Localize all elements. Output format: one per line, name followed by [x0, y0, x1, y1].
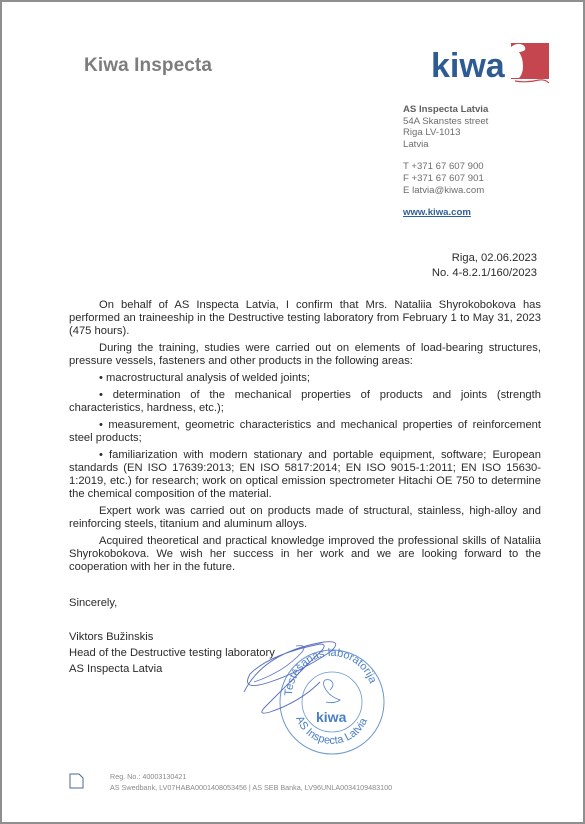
closing: Sincerely,: [69, 597, 117, 609]
paragraph: Acquired theoretical and practical knowl…: [69, 535, 541, 575]
sender-city: Riga LV-1013: [403, 127, 488, 139]
registration-number: Reg. No.: 40003130421: [110, 772, 392, 783]
sender-org: AS Inspecta Latvia: [403, 104, 488, 116]
paragraph: Expert work was carried out on products …: [69, 505, 541, 531]
bullet-item: • familiarization with modern stationary…: [69, 449, 541, 502]
sender-phone: T +371 67 607 900: [403, 161, 488, 173]
sender-street: 54A Skanstes street: [403, 116, 488, 128]
paragraph: During the training, studies were carrie…: [69, 342, 541, 368]
bullet-item: • measurement, geometric characteristics…: [69, 419, 541, 445]
bank-details: AS Swedbank, LV07HABA0001408053456 | AS …: [110, 783, 392, 794]
sender-country: Latvia: [403, 139, 488, 151]
document-number: No. 4-8.2.1/160/2023: [432, 266, 537, 281]
website-link[interactable]: www.kiwa.com: [403, 207, 488, 219]
laboratory-stamp: Testēšanas laboratorija AS Inspecta Latv…: [234, 622, 394, 762]
kiwa-logo: kiwa: [431, 41, 551, 85]
sender-address: AS Inspecta Latvia 54A Skanstes street R…: [403, 104, 488, 219]
svg-text:kiwa: kiwa: [431, 47, 506, 85]
document-icon: [69, 773, 84, 789]
date-block: Riga, 02.06.2023 No. 4-8.2.1/160/2023: [432, 251, 537, 281]
sender-fax: F +371 67 607 901: [403, 173, 488, 185]
bullet-item: • macrostructural analysis of welded joi…: [69, 372, 541, 385]
svg-text:kiwa: kiwa: [316, 709, 347, 725]
footer: Reg. No.: 40003130421 AS Swedbank, LV07H…: [110, 772, 392, 793]
sender-email: E latvia@kiwa.com: [403, 185, 488, 197]
bullet-item: • determination of the mechanical proper…: [69, 389, 541, 415]
letter-page: Kiwa Inspecta kiwa AS Inspecta Latvia 54…: [0, 0, 585, 824]
place-date: Riga, 02.06.2023: [432, 251, 537, 266]
company-title: Kiwa Inspecta: [84, 55, 212, 77]
paragraph: On behalf of AS Inspecta Latvia, I confi…: [69, 299, 541, 339]
letter-body: On behalf of AS Inspecta Latvia, I confi…: [69, 299, 541, 578]
